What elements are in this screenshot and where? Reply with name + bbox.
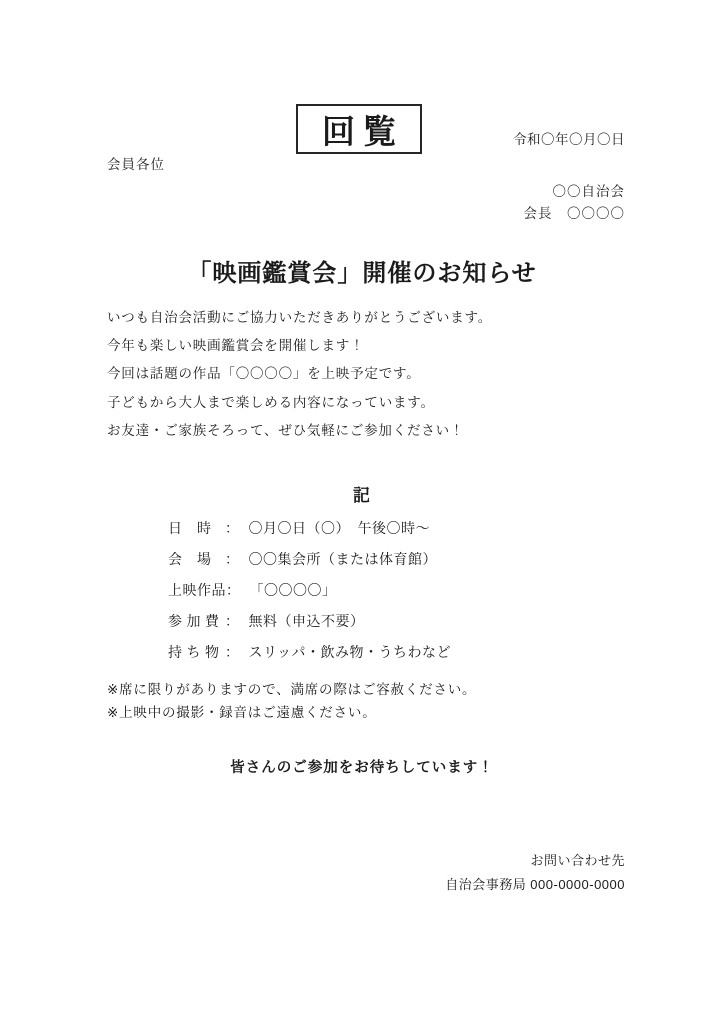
detail-colon: ： xyxy=(225,545,240,576)
detail-colon: ： xyxy=(225,607,240,638)
detail-row-fee: 参 加 費：無料（申込不要） xyxy=(168,607,451,638)
sender-block: 〇〇自治会 会長 〇〇〇〇 xyxy=(524,181,626,225)
detail-label: 上映作品 xyxy=(168,576,226,607)
detail-colon: ： xyxy=(225,514,240,545)
detail-value: 〇〇集会所（または体育館） xyxy=(249,553,438,568)
contact-block: お問い合わせ先 自治会事務局 000-0000-0000 xyxy=(445,849,625,897)
body-paragraph: 今年も楽しい映画鑑賞会を開催します！ xyxy=(107,332,644,360)
detail-label: 日 時 xyxy=(168,514,225,545)
detail-label: 参 加 費 xyxy=(168,607,225,638)
detail-value: 無料（申込不要） xyxy=(249,615,365,630)
sender-organization: 〇〇自治会 xyxy=(524,181,626,203)
contact-office-line: 自治会事務局 000-0000-0000 xyxy=(445,873,625,897)
sender-chairperson: 会長 〇〇〇〇 xyxy=(524,203,626,225)
circular-notice-page: 回覧 令和〇年〇月〇日 会員各位 〇〇自治会 会長 〇〇〇〇 「映画鑑賞会」開催… xyxy=(0,0,724,1024)
detail-label: 持 ち 物 xyxy=(168,638,225,669)
note-line: ※上映中の撮影・録音はご遠慮ください。 xyxy=(107,702,476,725)
document-title: 「映画鑑賞会」開催のお知らせ xyxy=(0,253,724,288)
circulation-stamp-label: 回覧 xyxy=(322,106,404,153)
detail-colon: ： xyxy=(225,638,240,669)
note-line: ※席に限りがありますので、満席の際はご容赦ください。 xyxy=(107,679,476,702)
body-paragraph: いつも自治会活動にご協力いただきありがとうございます。 xyxy=(107,304,644,332)
circulation-stamp-box: 回覧 xyxy=(296,104,422,154)
recipient-line: 会員各位 xyxy=(107,153,165,173)
details-heading: 記 xyxy=(0,481,724,506)
body-paragraph: お友達・ご家族そろって、ぜひ気軽にご参加ください！ xyxy=(107,417,644,445)
details-list: 日 時：〇月〇日（〇） 午後〇時～ 会 場：〇〇集会所（または体育館） 上映作品… xyxy=(168,514,451,669)
body-paragraph: 今回は話題の作品「〇〇〇〇」を上映予定です。 xyxy=(107,360,644,388)
closing-message: 皆さんのご参加をお待ちしています！ xyxy=(0,756,724,777)
notes-block: ※席に限りがありますので、満席の際はご容赦ください。 ※上映中の撮影・録音はご遠… xyxy=(107,679,476,724)
detail-row-datetime: 日 時：〇月〇日（〇） 午後〇時～ xyxy=(168,514,451,545)
contact-heading: お問い合わせ先 xyxy=(445,849,625,873)
body-paragraphs: いつも自治会活動にご協力いただきありがとうございます。 今年も楽しい映画鑑賞会を… xyxy=(107,304,644,445)
document-date: 令和〇年〇月〇日 xyxy=(513,128,625,148)
detail-row-belongings: 持 ち 物：スリッパ・飲み物・うちわなど xyxy=(168,638,451,669)
detail-row-venue: 会 場：〇〇集会所（または体育館） xyxy=(168,545,451,576)
detail-value: 「〇〇〇〇」 xyxy=(250,584,337,599)
detail-row-film: 上映作品：「〇〇〇〇」 xyxy=(168,576,451,607)
body-paragraph: 子どもから大人まで楽しめる内容になっています。 xyxy=(107,389,644,417)
detail-value: 〇月〇日（〇） 午後〇時～ xyxy=(249,522,431,537)
detail-colon: ： xyxy=(226,576,241,607)
detail-value: スリッパ・飲み物・うちわなど xyxy=(249,646,451,661)
detail-label: 会 場 xyxy=(168,545,225,576)
